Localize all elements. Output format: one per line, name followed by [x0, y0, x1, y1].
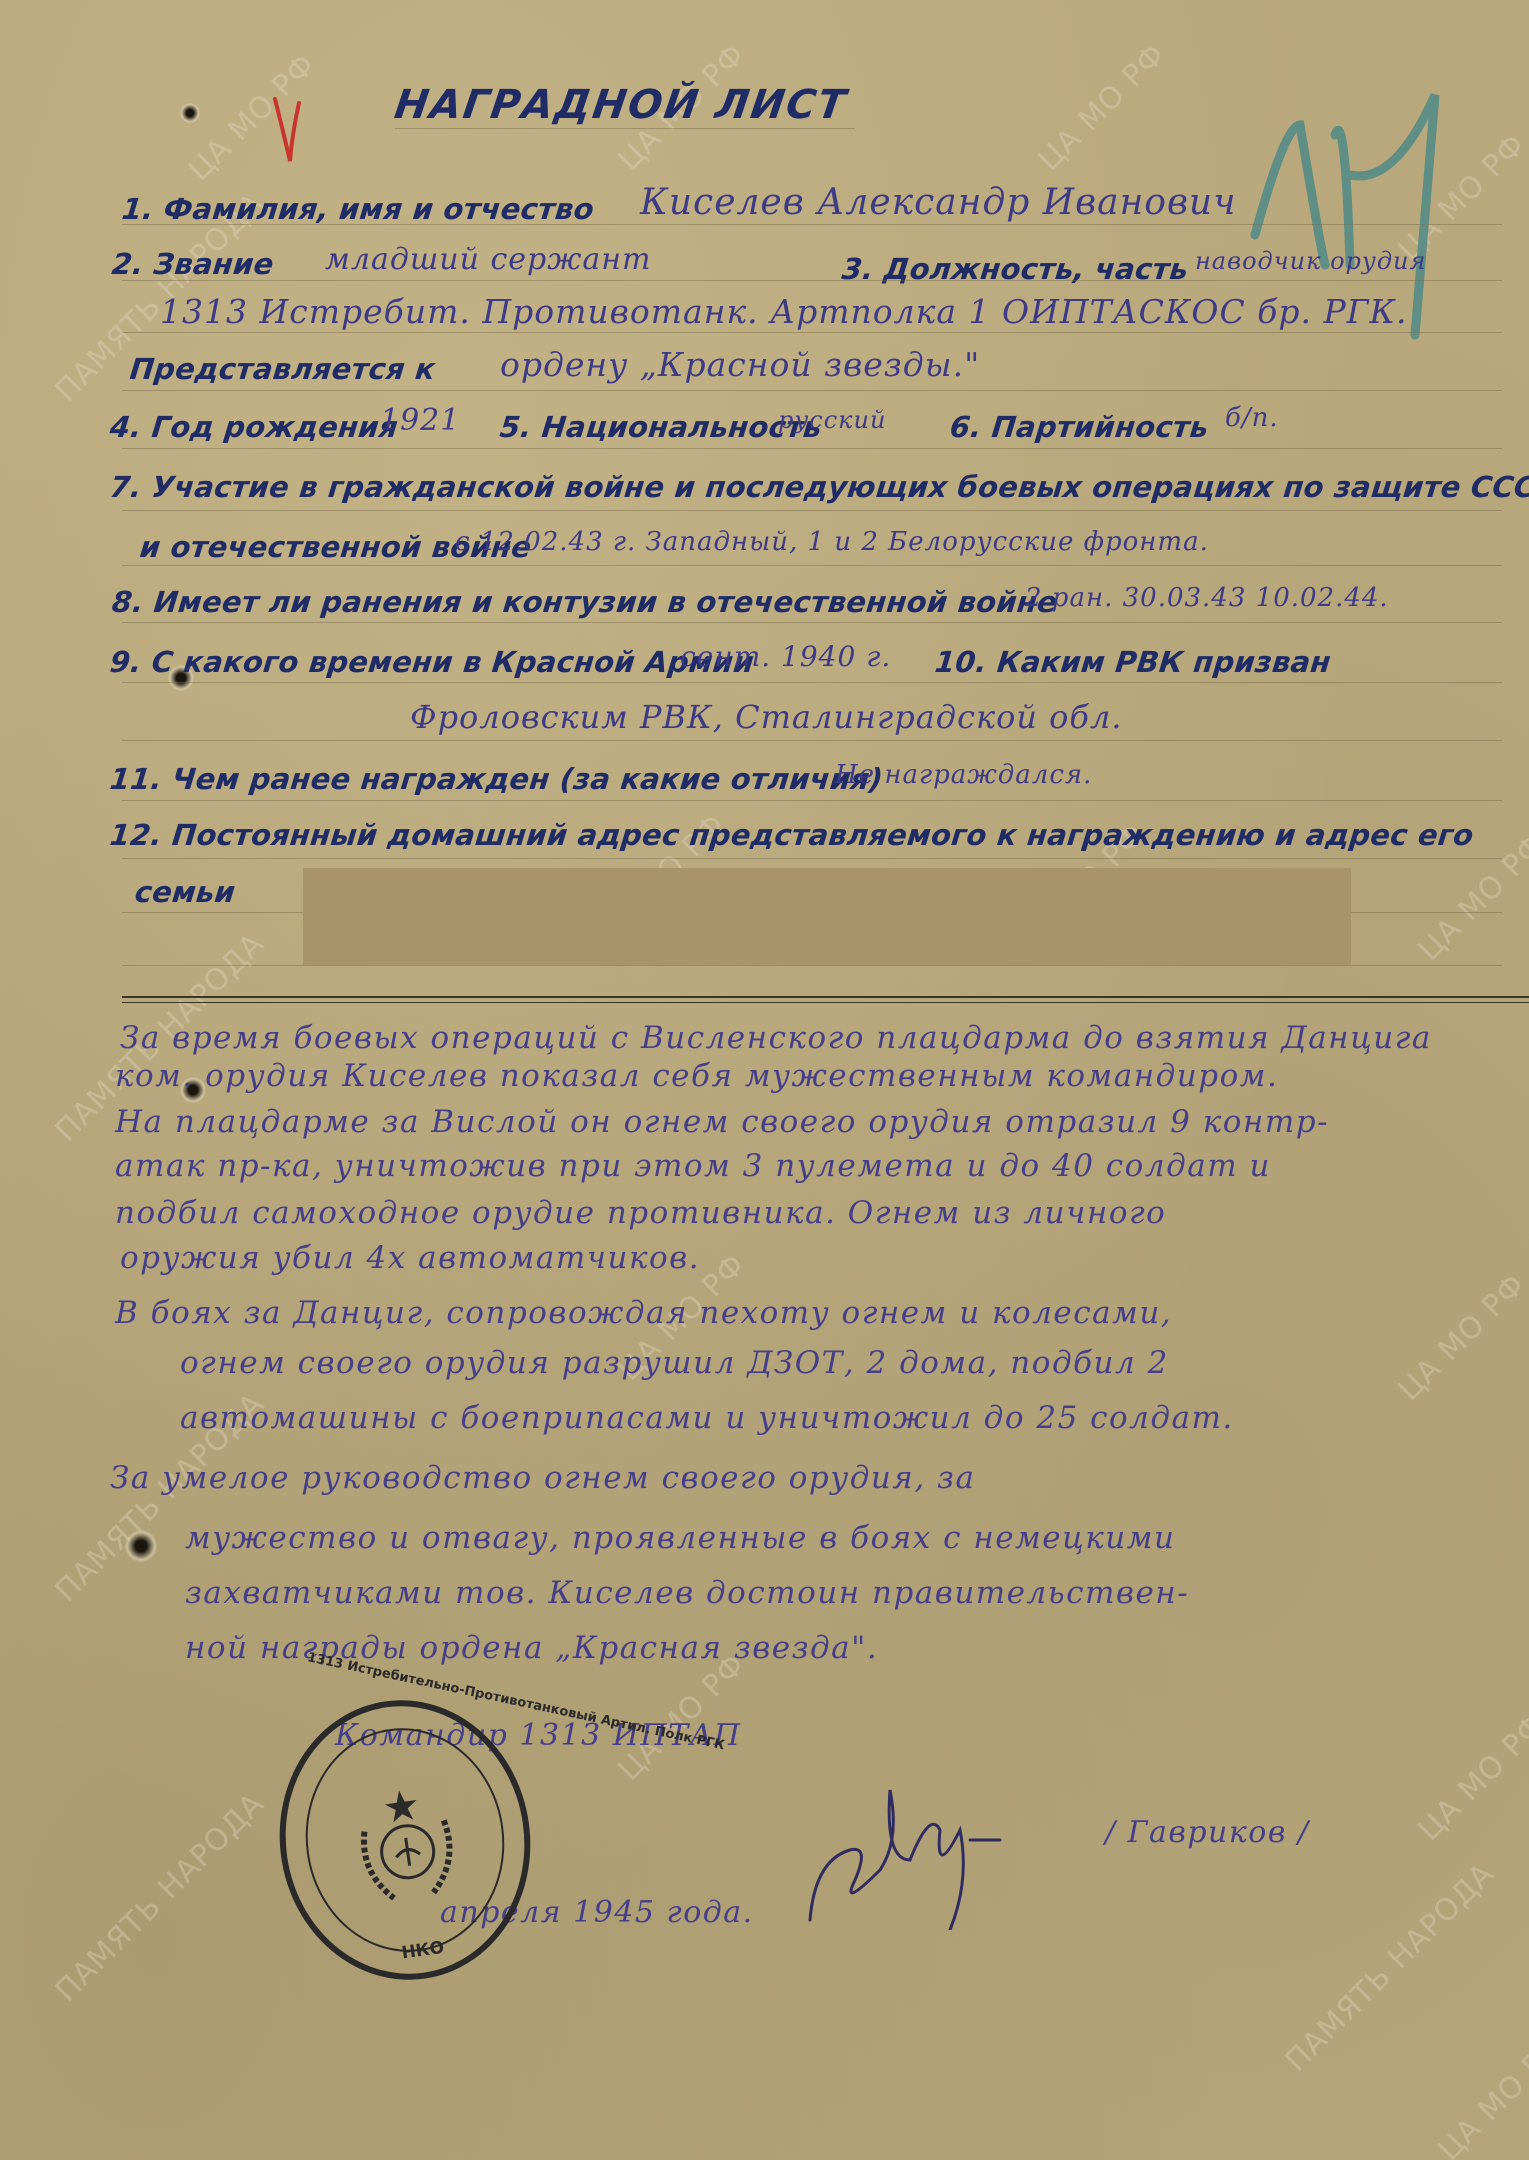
narrative-line: За время боевых операций с Висленского п… — [120, 1020, 1432, 1056]
rule — [122, 965, 1502, 966]
field-1-label: 1. Фамилия, имя и отчество — [120, 192, 595, 226]
narrative-line: подбил самоходное орудие противника. Огн… — [115, 1195, 1166, 1231]
watermark: ЦА МО РФ — [1412, 1707, 1529, 1848]
rule — [122, 390, 1502, 391]
field-7-label-a: 7. Участие в гражданской войне и последу… — [108, 470, 1529, 504]
punch-hole — [125, 1530, 157, 1562]
field-2-value: младший сержант — [325, 242, 651, 277]
field-2-label: 2. Звание — [110, 247, 275, 281]
presented-value: ордену „Красной звезды." — [500, 345, 980, 384]
award-sheet: ЦА МО РФ ЦА МО РФ ЦА МО РФ ЦА МО РФ ПАМЯ… — [0, 0, 1529, 2160]
field-6-label: 6. Партийность — [948, 410, 1210, 444]
rule — [122, 740, 1502, 741]
field-4-label: 4. Год рождения — [108, 410, 399, 444]
narrative-line: захватчиками тов. Киселев достоин правит… — [185, 1575, 1189, 1611]
soviet-emblem-icon — [339, 1778, 475, 1914]
field-5-label: 5. Национальность — [498, 410, 823, 444]
rule — [122, 332, 1502, 333]
section-divider — [122, 996, 1529, 998]
narrative-line: На плацдарме за Вислой он огнем своего о… — [115, 1104, 1329, 1140]
narrative-line: оружия убил 4х автоматчиков. — [120, 1240, 700, 1276]
rule — [122, 682, 1502, 683]
field-4-value: 1921 — [380, 403, 460, 438]
presented-label: Представляется к — [128, 352, 437, 386]
commander-signature-icon — [800, 1770, 1040, 1930]
narrative-line: мужество и отвагу, проявленные в боях с … — [185, 1520, 1175, 1556]
narrative-line: ком. орудия Киселев показал себя мужеств… — [115, 1058, 1278, 1094]
rule — [122, 510, 1502, 511]
narrative-line: ной награды ордена „Красная звезда". — [185, 1630, 878, 1666]
rule — [395, 128, 855, 129]
field-3-value-a: наводчик орудия — [1195, 247, 1426, 275]
field-7-value: с 12.02.43 г. Западный, 1 и 2 Белорусски… — [455, 527, 1209, 557]
stamp-text-bottom: НКО — [400, 1938, 445, 1964]
field-12-label-a: 12. Постоянный домашний адрес представля… — [108, 818, 1475, 852]
field-6-value: б/п. — [1225, 403, 1279, 433]
narrative-line: автомашины с боеприпасами и уничтожил до… — [180, 1400, 1234, 1436]
rule — [122, 565, 1502, 566]
punch-hole — [180, 103, 200, 123]
field-3-value-b: 1313 Истребит. Противотанк. Артполка 1 О… — [160, 292, 1408, 331]
field-10-label: 10. Каким РВК призван — [933, 645, 1332, 679]
watermark: ЦА МО РФ — [1032, 37, 1173, 178]
field-10-value: Фроловским РВК, Сталинградской обл. — [410, 698, 1122, 736]
redacted-address-block — [303, 868, 1351, 965]
field-8-value: 2 ран. 30.03.43 10.02.44. — [1025, 583, 1389, 613]
narrative-line: В боях за Данциг, сопровождая пехоту огн… — [115, 1295, 1172, 1331]
watermark: ПАМЯТЬ НАРОДА — [49, 1786, 272, 2009]
rule — [122, 280, 1502, 281]
narrative-line: атак пр-ка, уничтожив при этом 3 пулемет… — [115, 1148, 1271, 1184]
field-8-label: 8. Имеет ли ранения и контузии в отечест… — [110, 585, 1059, 619]
rule — [122, 224, 1502, 225]
document-title: НАГРАДНОЙ ЛИСТ — [392, 82, 851, 128]
field-5-value: русский — [778, 406, 886, 434]
watermark: ЦА МО РФ — [1432, 2027, 1529, 2160]
field-1-value: Киселев Александр Иванович — [640, 182, 1237, 223]
field-12-label-b: семьи — [133, 875, 237, 909]
red-checkmark-icon — [272, 95, 302, 165]
rule — [122, 448, 1502, 449]
rule — [122, 858, 1502, 859]
watermark: ПАМЯТЬ НАРОДА — [1279, 1856, 1502, 2079]
rule — [122, 800, 1502, 801]
section-divider — [122, 1002, 1529, 1003]
narrative-line: За умелое руководство огнем своего оруди… — [110, 1460, 975, 1496]
field-9-label: 9. С какого времени в Красной Армии — [108, 645, 755, 679]
narrative-line: огнем своего орудия разрушил ДЗОТ, 2 дом… — [180, 1345, 1169, 1381]
field-9-value: сент. 1940 г. — [680, 640, 891, 673]
field-11-value: Не награждался. — [835, 760, 1092, 790]
rule — [122, 622, 1502, 623]
signer-name: / Гавриков / — [1105, 1815, 1309, 1850]
watermark: ЦА МО РФ — [1392, 1267, 1529, 1408]
field-11-label: 11. Чем ранее награжден (за какие отличи… — [108, 762, 884, 796]
